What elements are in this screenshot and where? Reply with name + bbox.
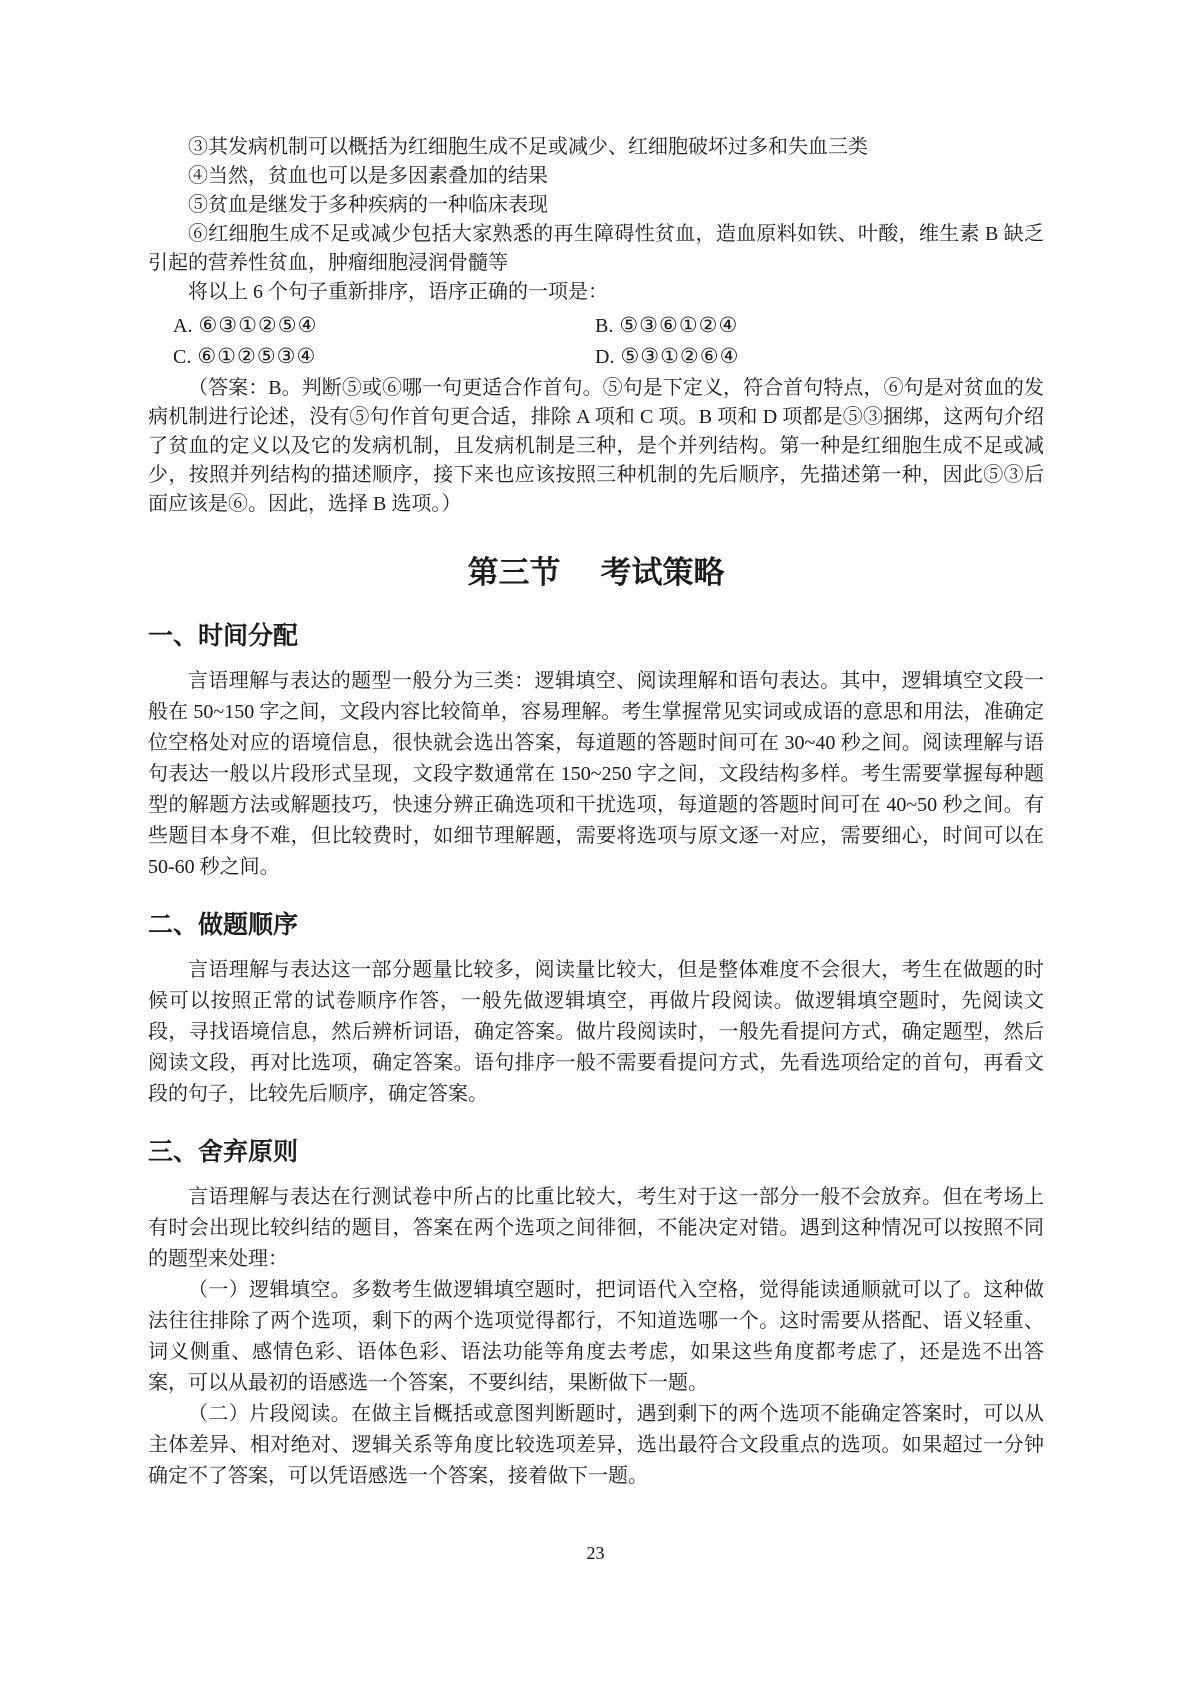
subsection-time-allocation: 一、时间分配 言语理解与表达的题型一般分为三类：逻辑填空、阅读理解和语句表达。其… [148,619,1044,883]
subsection-heading-3: 三、舍弃原则 [148,1135,1044,1169]
subsection-answer-order: 二、做题顺序 言语理解与表达这一部分题量比较多，阅读量比较大，但是整体难度不会很… [148,908,1044,1110]
section-title-number: 第三节 [468,555,561,590]
option-b-label: B. [595,315,613,337]
option-c: C.⑥①②⑤③④ [173,341,595,372]
question-sentence-6: ⑥红细胞生成不足或减少包括大家熟悉的再生障碍性贫血，造血原料如铁、叶酸，维生素 … [148,220,1044,278]
subsection-heading-1: 一、时间分配 [148,619,1044,653]
subsection-3-paragraph-2: （一）逻辑填空。多数考生做逻辑填空题时，把词语代入空格，觉得能读通顺就可以了。这… [148,1275,1044,1399]
question-block: ③其发病机制可以概括为红细胞生成不足或减少、红细胞破坏过多和失血三类 ④当然，贫… [148,133,1044,519]
option-d: D.⑤③①②⑥④ [595,341,1044,372]
subsection-1-paragraph: 言语理解与表达的题型一般分为三类：逻辑填空、阅读理解和语句表达。其中，逻辑填空文… [148,666,1044,883]
subsection-heading-2: 二、做题顺序 [148,908,1044,942]
document-page: ③其发病机制可以概括为红细胞生成不足或减少、红细胞破坏过多和失血三类 ④当然，贫… [0,0,1191,1684]
option-c-label: C. [173,346,191,368]
option-b: B.⑤③⑥①②④ [595,310,1044,341]
page-content: ③其发病机制可以概括为红细胞生成不足或减少、红细胞破坏过多和失血三类 ④当然，贫… [148,133,1044,1492]
option-d-label: D. [595,346,614,368]
options-grid: A.⑥③①②⑤④ B.⑤③⑥①②④ C.⑥①②⑤③④ D.⑤③①②⑥④ [148,310,1044,372]
option-b-value: ⑤③⑥①②④ [619,313,738,337]
section-title-text: 考试策略 [601,555,725,590]
option-a: A.⑥③①②⑤④ [173,310,595,341]
subsection-2-paragraph: 言语理解与表达这一部分题量比较多，阅读量比较大，但是整体难度不会很大，考生在做题… [148,955,1044,1110]
option-a-value: ⑥③①②⑤④ [198,313,317,337]
section-title: 第三节考试策略 [148,553,1044,593]
question-stem: 将以上 6 个句子重新排序，语序正确的一项是： [148,278,1044,307]
subsection-abandon-principle: 三、舍弃原则 言语理解与表达在行测试卷中所占的比重比较大，考生对于这一部分一般不… [148,1135,1044,1492]
subsection-3-paragraph-1: 言语理解与表达在行测试卷中所占的比重比较大，考生对于这一部分一般不会放弃。但在考… [148,1182,1044,1275]
option-a-label: A. [173,315,192,337]
answer-explanation: （答案：B。判断⑤或⑥哪一句更适合作首句。⑤句是下定义，符合首句特点，⑥句是对贫… [148,374,1044,519]
option-c-value: ⑥①②⑤③④ [197,344,316,368]
question-sentence-4: ④当然，贫血也可以是多因素叠加的结果 [148,162,1044,191]
question-sentence-3: ③其发病机制可以概括为红细胞生成不足或减少、红细胞破坏过多和失血三类 [148,133,1044,162]
page-number: 23 [0,1543,1191,1564]
subsection-3-paragraph-3: （二）片段阅读。在做主旨概括或意图判断题时，遇到剩下的两个选项不能确定答案时，可… [148,1399,1044,1492]
question-sentence-5: ⑤贫血是继发于多种疾病的一种临床表现 [148,191,1044,220]
option-d-value: ⑤③①②⑥④ [620,344,739,368]
